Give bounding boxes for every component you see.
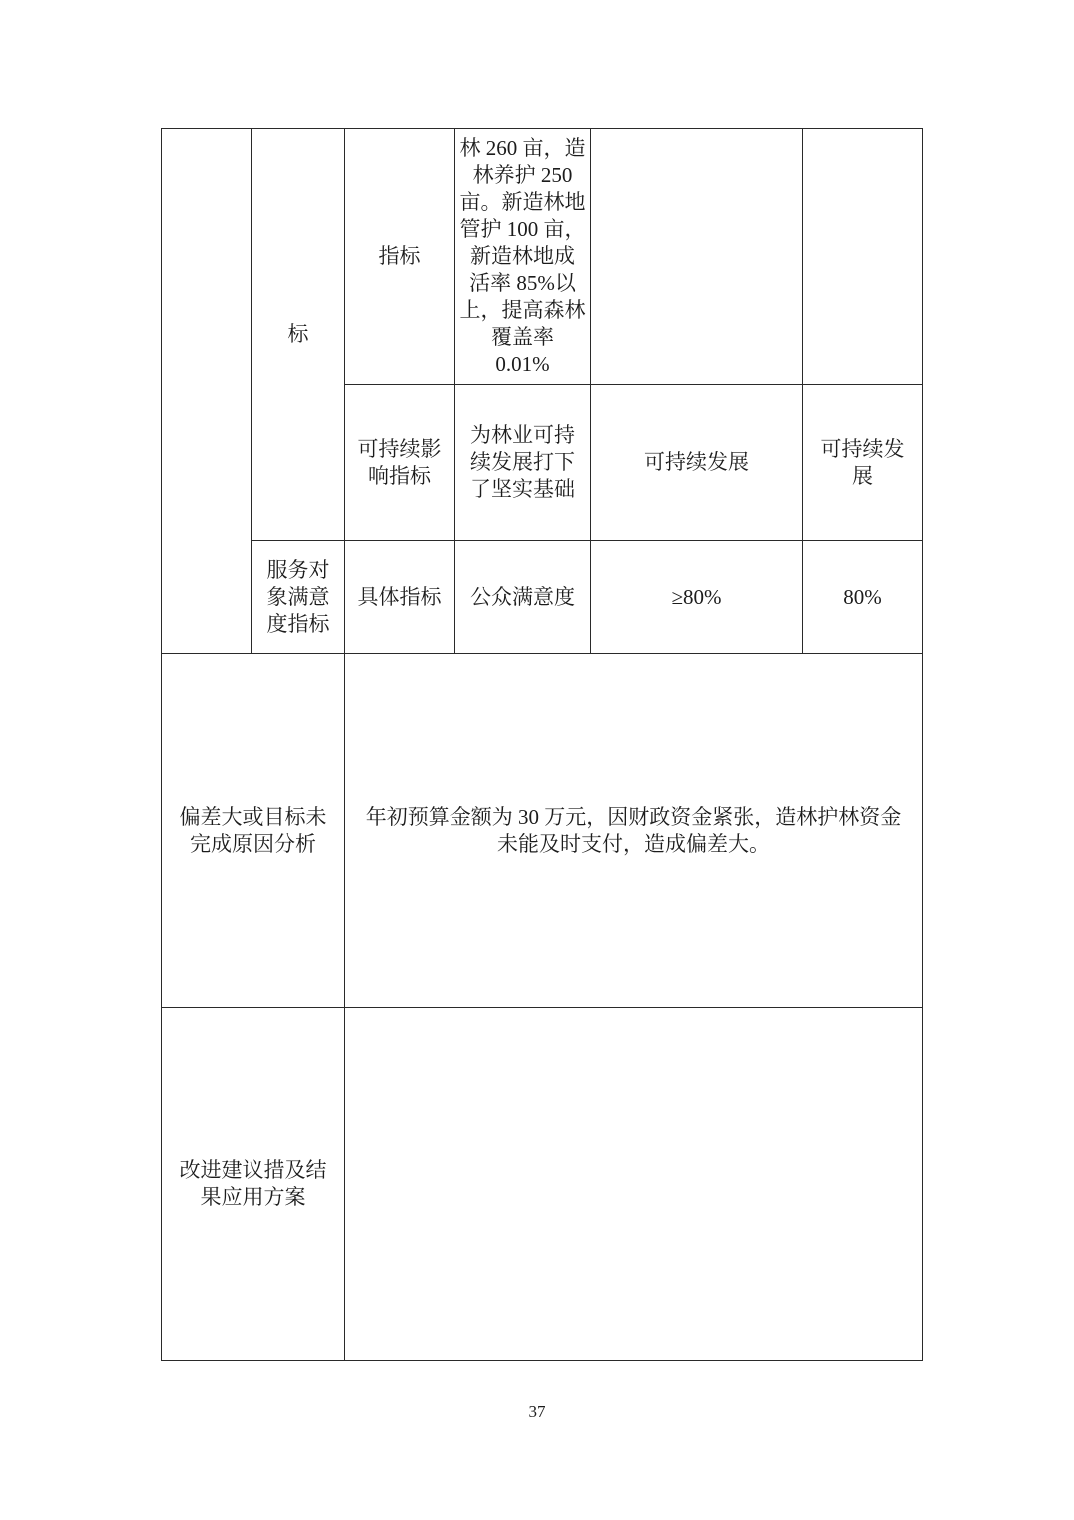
- cell-indicator-detail-continued: 林 260 亩，造 林养护 250 亩。新造林地 管护 100 亩， 新造林地成…: [455, 129, 591, 385]
- table-row-improvement-plan: 改进建议措及结 果应用方案: [162, 1008, 923, 1361]
- cell-indicator-name: 可持续影 响指标: [345, 385, 455, 541]
- performance-indicator-table: 标 指标 林 260 亩，造 林养护 250 亩。新造林地 管护 100 亩， …: [161, 128, 923, 1361]
- cell-target-empty: [591, 129, 803, 385]
- cell-deviation-content: 年初预算金额为 30 万元，因财政资金紧张，造林护林资金 未能及时支付，造成偏差…: [345, 654, 923, 1008]
- cell-target-value: 可持续发展: [591, 385, 803, 541]
- cell-indicator-detail: 为林业可持 续发展打下 了坚实基础: [455, 385, 591, 541]
- document-page: 标 指标 林 260 亩，造 林养护 250 亩。新造林地 管护 100 亩， …: [0, 0, 1074, 1520]
- cell-actual-value: 80%: [803, 541, 923, 654]
- cell-actual-value: 可持续发 展: [803, 385, 923, 541]
- cell-target-value: ≥80%: [591, 541, 803, 654]
- cell-section-empty: [162, 129, 252, 654]
- cell-improvement-content: [345, 1008, 923, 1361]
- table-row-satisfaction: 服务对 象满意 度指标 具体指标 公众满意度 ≥80% 80%: [162, 541, 923, 654]
- cell-deviation-label: 偏差大或目标未 完成原因分析: [162, 654, 345, 1008]
- table-row-deviation-analysis: 偏差大或目标未 完成原因分析 年初预算金额为 30 万元，因财政资金紧张，造林护…: [162, 654, 923, 1008]
- cell-indicator-name: 具体指标: [345, 541, 455, 654]
- cell-category-continued: 标: [252, 129, 345, 541]
- page-number: 37: [0, 1402, 1074, 1422]
- cell-indicator-detail: 公众满意度: [455, 541, 591, 654]
- cell-category: 服务对 象满意 度指标: [252, 541, 345, 654]
- cell-improvement-label: 改进建议措及结 果应用方案: [162, 1008, 345, 1361]
- table-row-indicator-continued: 标 指标 林 260 亩，造 林养护 250 亩。新造林地 管护 100 亩， …: [162, 129, 923, 385]
- cell-actual-empty: [803, 129, 923, 385]
- cell-indicator-name-continued: 指标: [345, 129, 455, 385]
